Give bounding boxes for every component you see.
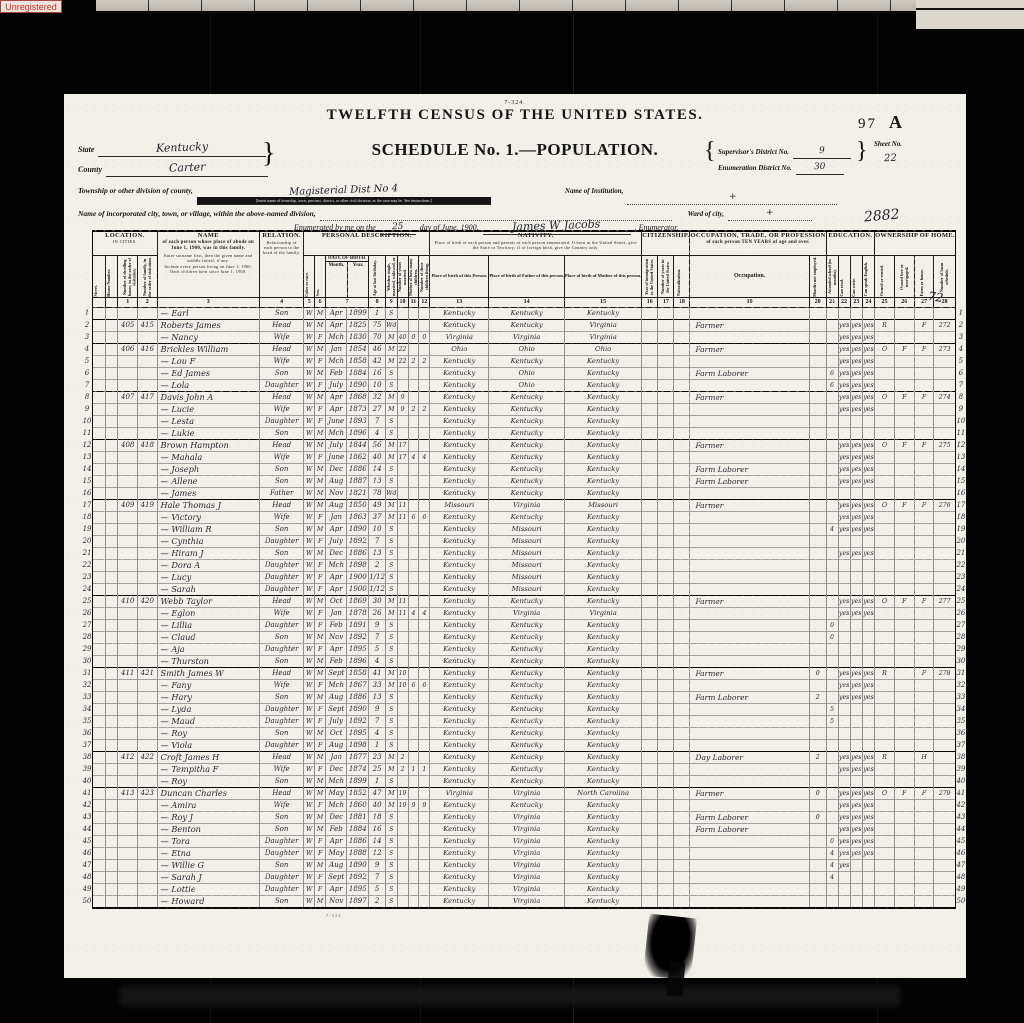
- cell: W: [304, 655, 315, 667]
- cell: — Lola: [157, 379, 260, 391]
- cell: W: [304, 523, 315, 535]
- cell: 0: [419, 331, 430, 343]
- cell: O: [875, 595, 895, 607]
- cell: W: [304, 679, 315, 691]
- cell: yes: [850, 403, 862, 415]
- cell: yes: [862, 499, 874, 511]
- cell: [137, 331, 157, 343]
- cell: [118, 451, 138, 463]
- cell: [674, 883, 690, 895]
- previous-page-corner: [916, 0, 1024, 33]
- enumerated-prefix: Enumerated by me on the: [294, 223, 376, 232]
- cell: yes: [862, 799, 874, 811]
- cell: [674, 703, 690, 715]
- cell: yes: [838, 343, 850, 355]
- cell: [642, 427, 658, 439]
- cell: Kentucky: [565, 451, 642, 463]
- cell: W: [304, 619, 315, 631]
- cell: — Viola: [157, 739, 260, 751]
- cell: Kentucky: [565, 775, 642, 787]
- cell: [419, 499, 430, 511]
- cell: [642, 367, 658, 379]
- cell: [875, 727, 895, 739]
- cell: 411: [118, 667, 138, 679]
- cell: [118, 475, 138, 487]
- cell: [105, 403, 118, 415]
- cell: [809, 679, 826, 691]
- cell: S: [385, 691, 397, 703]
- cell: [137, 847, 157, 859]
- table-row: 42— AmiraWifeWFMch186040M1999KentuckyKen…: [82, 799, 966, 811]
- cell: [397, 775, 408, 787]
- cell: 11: [397, 499, 408, 511]
- cell: — Hiram J: [157, 547, 260, 559]
- cell: [93, 367, 106, 379]
- cell: [658, 571, 674, 583]
- cell: M: [315, 427, 326, 439]
- cell: [690, 607, 809, 619]
- cell: Wd: [385, 319, 397, 331]
- cell: [826, 415, 838, 427]
- cell: 14: [369, 463, 386, 475]
- cell: Oct: [326, 595, 347, 607]
- line-number: 36: [955, 727, 966, 739]
- line-number: 20: [82, 535, 93, 547]
- cell: 1860: [347, 799, 369, 811]
- cell: [408, 367, 419, 379]
- cell: yes: [862, 547, 874, 559]
- cell: M: [315, 487, 326, 499]
- cell: [690, 847, 809, 859]
- institution-label: Name of Institution,: [565, 187, 624, 195]
- cell: [408, 835, 419, 847]
- cell: 2: [369, 559, 386, 571]
- cell: [875, 547, 895, 559]
- cell: M: [385, 439, 397, 451]
- column-header: Age at last birthday.: [369, 255, 386, 297]
- cell: [809, 451, 826, 463]
- cell: yes: [850, 667, 862, 679]
- cell: Farm Laborer: [690, 463, 809, 475]
- column-desc: Enter surname first, then the given name…: [158, 252, 260, 263]
- cell: 1886: [347, 547, 369, 559]
- cell: F: [315, 403, 326, 415]
- cell: [809, 835, 826, 847]
- cell: 2: [369, 895, 386, 908]
- scanned-census-viewer: Unregistered 7-324. TWELFTH CENSUS OF TH…: [0, 0, 1024, 1023]
- group-ownership: OWNERSHIP OF HOME.: [875, 231, 956, 255]
- cell: [397, 547, 408, 559]
- cell: W: [304, 367, 315, 379]
- cell: Missouri: [489, 559, 565, 571]
- table-row: 36— RoySonWMOct18954SKentuckyKentuckyKen…: [82, 727, 966, 739]
- cell: [674, 811, 690, 823]
- cell: Farm Laborer: [690, 811, 809, 823]
- cell: [105, 319, 118, 331]
- cell: S: [385, 895, 397, 908]
- cell: — Lou F: [157, 355, 260, 367]
- cell: [408, 823, 419, 835]
- cell: 413: [118, 787, 138, 799]
- cell: Kentucky: [430, 883, 489, 895]
- cell: [826, 751, 838, 763]
- cell: [850, 571, 862, 583]
- cell: [105, 883, 118, 895]
- cell: [894, 607, 914, 619]
- cell: yes: [862, 475, 874, 487]
- cell: [105, 391, 118, 403]
- table-row: 46— EtnaDaughterWFMay188812SKentuckyVirg…: [82, 847, 966, 859]
- line-number: 5: [955, 355, 966, 367]
- cell: [809, 655, 826, 667]
- cell: Daughter: [260, 703, 304, 715]
- cell: [397, 727, 408, 739]
- cell: 1877: [347, 751, 369, 763]
- cell: [674, 847, 690, 859]
- cell: yes: [838, 451, 850, 463]
- cell: Apr: [326, 571, 347, 583]
- cell: Kentucky: [565, 619, 642, 631]
- cell: [93, 427, 106, 439]
- cell: — Sarah J: [157, 871, 260, 883]
- cell: 415: [137, 319, 157, 331]
- cell: 279: [934, 787, 955, 799]
- cell: [93, 595, 106, 607]
- cell: [914, 403, 934, 415]
- cell: [875, 763, 895, 775]
- cell: [862, 739, 874, 751]
- cell: 40: [397, 331, 408, 343]
- cell: Head: [260, 391, 304, 403]
- scan-smudge: [120, 986, 900, 1006]
- column-number: 16: [642, 297, 658, 307]
- cell: [875, 523, 895, 535]
- table-row: 4406416Brickles WilliamHeadWMJan185446M2…: [82, 343, 966, 355]
- cell: Wife: [260, 799, 304, 811]
- cell: M: [315, 463, 326, 475]
- cell: — Benton: [157, 823, 260, 835]
- cell: [862, 631, 874, 643]
- cell: 6: [408, 679, 419, 691]
- cell: [137, 691, 157, 703]
- cell: [118, 367, 138, 379]
- cell: Farmer: [690, 595, 809, 607]
- enumerated-mid: day of June, 1900,: [420, 223, 479, 232]
- city-label: Name of incorporated city, town, or vill…: [78, 209, 316, 218]
- cell: [408, 583, 419, 595]
- cell: [642, 751, 658, 763]
- cell: [408, 535, 419, 547]
- cell: Kentucky: [430, 643, 489, 655]
- cell: [397, 583, 408, 595]
- cell: [914, 463, 934, 475]
- cell: Kentucky: [489, 727, 565, 739]
- form-number: 7-324.: [64, 100, 966, 106]
- cell: Son: [260, 631, 304, 643]
- line-number: 27: [955, 619, 966, 631]
- cell: Jan: [326, 607, 347, 619]
- cell: Kentucky: [430, 487, 489, 499]
- cell: [118, 691, 138, 703]
- cell: W: [304, 595, 315, 607]
- table-row: 8407417Davis John AHeadWMApr186832M9Kent…: [82, 391, 966, 403]
- cell: yes: [838, 691, 850, 703]
- cell: 1899: [347, 775, 369, 787]
- cell: — Lesta: [157, 415, 260, 427]
- cell: W: [304, 775, 315, 787]
- column-number: 26: [894, 297, 914, 307]
- cell: 274: [934, 391, 955, 403]
- cell: [642, 739, 658, 751]
- cell: Aug: [326, 499, 347, 511]
- cell: [934, 535, 955, 547]
- cell: [875, 475, 895, 487]
- cell: [674, 547, 690, 559]
- cell: Head: [260, 439, 304, 451]
- cell: F: [914, 439, 934, 451]
- cell: [118, 547, 138, 559]
- cell: 1884: [347, 823, 369, 835]
- cell: [658, 871, 674, 883]
- cell: [674, 631, 690, 643]
- line-number: 33: [82, 691, 93, 703]
- table-row: 9— LucieWifeWFApr187327M922KentuckyKentu…: [82, 403, 966, 415]
- supervisor-value: 9: [819, 146, 825, 156]
- cell: yes: [850, 787, 862, 799]
- cell: 17: [397, 439, 408, 451]
- cell: Day Laborer: [690, 751, 809, 763]
- column-header: Sex.: [315, 255, 326, 297]
- cell: [118, 403, 138, 415]
- cell: Farm Laborer: [690, 367, 809, 379]
- cell: Kentucky: [430, 571, 489, 583]
- cell: S: [385, 715, 397, 727]
- cell: [826, 739, 838, 751]
- cell: M: [385, 499, 397, 511]
- cell: Kentucky: [430, 523, 489, 535]
- cell: [658, 475, 674, 487]
- cell: 2: [809, 751, 826, 763]
- cell: 10: [397, 679, 408, 691]
- cell: [408, 319, 419, 331]
- cell: Kentucky: [489, 307, 565, 319]
- line-number: 13: [955, 451, 966, 463]
- line-number: 9: [955, 403, 966, 415]
- group-label: NAME: [158, 232, 260, 239]
- cell: yes: [850, 763, 862, 775]
- cell: [809, 583, 826, 595]
- cell: [642, 871, 658, 883]
- cell: [934, 583, 955, 595]
- cell: [137, 307, 157, 319]
- cell: [674, 559, 690, 571]
- cell: 37: [369, 511, 386, 523]
- cell: [642, 859, 658, 871]
- cell: Apr: [326, 319, 347, 331]
- cell: Daughter: [260, 379, 304, 391]
- cell: [397, 523, 408, 535]
- cell: 4: [369, 427, 386, 439]
- cell: [118, 415, 138, 427]
- cell: [105, 499, 118, 511]
- line-number: 24: [955, 583, 966, 595]
- cell: W: [304, 439, 315, 451]
- cell: [894, 703, 914, 715]
- cell: [690, 703, 809, 715]
- cell: [642, 583, 658, 595]
- cell: M: [315, 631, 326, 643]
- table-row: 47— Willie GSonWMAug18909SKentuckyVirgin…: [82, 859, 966, 871]
- cell: Kentucky: [430, 427, 489, 439]
- line-number: 32: [955, 679, 966, 691]
- line-number: 2: [955, 319, 966, 331]
- cell: 1868: [347, 391, 369, 403]
- cell: July: [326, 379, 347, 391]
- cell: Kentucky: [489, 631, 565, 643]
- cell: [894, 403, 914, 415]
- table-row: 31411421Smith James WHeadWMSept185841M10…: [82, 667, 966, 679]
- cell: Son: [260, 859, 304, 871]
- cell: [408, 667, 419, 679]
- cell: [894, 451, 914, 463]
- cell: 10: [369, 523, 386, 535]
- cell: Apr: [326, 307, 347, 319]
- cell: [674, 307, 690, 319]
- cell: yes: [862, 787, 874, 799]
- cell: [809, 463, 826, 475]
- cell: Kentucky: [565, 307, 642, 319]
- cell: M: [315, 367, 326, 379]
- cell: [137, 547, 157, 559]
- line-number: 47: [82, 859, 93, 871]
- cell: Virginia: [489, 823, 565, 835]
- cell: Kentucky: [565, 763, 642, 775]
- cell: [105, 799, 118, 811]
- cell: M: [385, 391, 397, 403]
- cell: 33: [369, 679, 386, 691]
- cell: [137, 715, 157, 727]
- cell: [809, 319, 826, 331]
- cell: yes: [862, 667, 874, 679]
- line-number: 6: [955, 367, 966, 379]
- cell: [809, 475, 826, 487]
- cell: Jan: [326, 511, 347, 523]
- cell: [137, 859, 157, 871]
- cell: [838, 715, 850, 727]
- line-number: 36: [82, 727, 93, 739]
- cell: [408, 439, 419, 451]
- cell: [934, 715, 955, 727]
- cell: M: [315, 859, 326, 871]
- cell: [674, 511, 690, 523]
- cell: Kentucky: [430, 835, 489, 847]
- cell: yes: [850, 823, 862, 835]
- cell: S: [385, 379, 397, 391]
- cell: Kentucky: [430, 895, 489, 908]
- cell: [105, 619, 118, 631]
- cell: 278: [934, 667, 955, 679]
- cell: [118, 571, 138, 583]
- line-number: 21: [955, 547, 966, 559]
- cell: [118, 763, 138, 775]
- table-row: 22— Dora ADaughterWFMch18982SKentuckyMis…: [82, 559, 966, 571]
- cell: [809, 367, 826, 379]
- cell: [934, 355, 955, 367]
- cell: F: [315, 355, 326, 367]
- cell: [690, 619, 809, 631]
- cell: 70: [369, 331, 386, 343]
- cell: 1852: [347, 787, 369, 799]
- cell: [862, 895, 874, 908]
- cell: [105, 463, 118, 475]
- cell: S: [385, 583, 397, 595]
- cell: [118, 643, 138, 655]
- cell: [690, 355, 809, 367]
- cell: Apr: [326, 835, 347, 847]
- table-row: 32— FanyWifeWFMch186733M1066KentuckyKent…: [82, 679, 966, 691]
- cell: [826, 331, 838, 343]
- cell: [809, 427, 826, 439]
- cell: Mch: [326, 799, 347, 811]
- cell: [674, 391, 690, 403]
- cell: [914, 655, 934, 667]
- cell: yes: [862, 835, 874, 847]
- cell: yes: [838, 499, 850, 511]
- cell: Father: [260, 487, 304, 499]
- cell: yes: [862, 391, 874, 403]
- cell: [137, 487, 157, 499]
- cell: [419, 787, 430, 799]
- cell: [674, 571, 690, 583]
- cell: Daughter: [260, 535, 304, 547]
- cell: [658, 463, 674, 475]
- cell: [408, 655, 419, 667]
- cell: [642, 307, 658, 319]
- cell: 1: [369, 739, 386, 751]
- cell: June: [326, 451, 347, 463]
- cell: [397, 739, 408, 751]
- cell: 1887: [347, 475, 369, 487]
- cell: [674, 715, 690, 727]
- cell: Kentucky: [430, 607, 489, 619]
- line-number: 49: [955, 883, 966, 895]
- enumerated-day: 25: [392, 222, 404, 232]
- line-number: 39: [82, 763, 93, 775]
- cell: [137, 367, 157, 379]
- cell: [642, 463, 658, 475]
- cell: [137, 763, 157, 775]
- cell: [93, 847, 106, 859]
- cell: Mch: [326, 775, 347, 787]
- cell: [674, 379, 690, 391]
- cell: W: [304, 871, 315, 883]
- cell: F: [315, 871, 326, 883]
- cell: M: [385, 595, 397, 607]
- cell: Son: [260, 727, 304, 739]
- cell: [105, 715, 118, 727]
- cell: [674, 895, 690, 908]
- cell: [838, 883, 850, 895]
- line-number: 18: [82, 511, 93, 523]
- cell: Sept: [326, 871, 347, 883]
- cell: yes: [850, 463, 862, 475]
- cell: [934, 691, 955, 703]
- cell: Kentucky: [489, 427, 565, 439]
- cell: [809, 823, 826, 835]
- cell: yes: [838, 763, 850, 775]
- cell: [658, 679, 674, 691]
- cell: [397, 871, 408, 883]
